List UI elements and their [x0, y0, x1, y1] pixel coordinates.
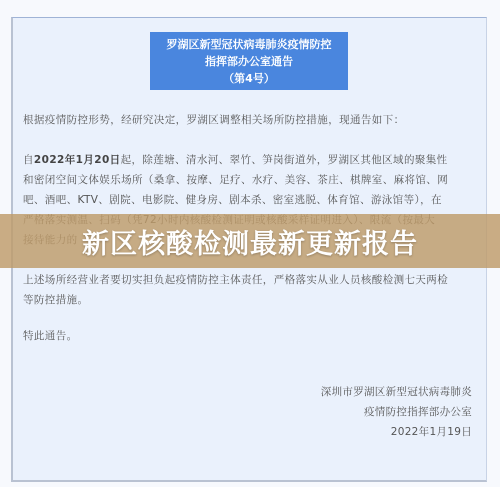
para1-line-2: 和密闭空间文体娱乐场所（桑拿、按摩、足疗、水疗、美容、茶庄、棋牌室、麻将馆、网 [23, 170, 463, 190]
signature-date: 2022年1月19日 [321, 422, 472, 442]
para2-line-1: 上述场所经营业者要切实担负起疫情防控主体责任，严格落实从业人员核酸检测七天两检 [23, 270, 463, 290]
notice-closing: 特此通告。 [23, 326, 463, 346]
notice-title-line-1: 罗湖区新型冠状病毒肺炎疫情防控 [150, 36, 348, 53]
notice-title-number: （第4号） [150, 70, 348, 87]
para1-line-1: 自2022年1月20日起，除莲塘、清水河、翠竹、笋岗街道外，罗湖区其他区域的聚集… [23, 150, 463, 170]
notice-signature: 深圳市罗湖区新型冠状病毒肺炎 疫情防控指挥部办公室 2022年1月19日 [321, 382, 472, 442]
para2-line-2: 等防控措施。 [23, 290, 463, 310]
signature-org-line-1: 深圳市罗湖区新型冠状病毒肺炎 [321, 382, 472, 402]
notice-paragraph-2: 上述场所经营业者要切实担负起疫情防控主体责任，严格落实从业人员核酸检测七天两检 … [23, 270, 463, 310]
para1-prefix: 自 [23, 154, 34, 166]
notice-intro: 根据疫情防控形势，经研究决定，罗湖区调整相关场所防控措施，现通告如下： [23, 110, 463, 130]
signature-org-line-2: 疫情防控指挥部办公室 [321, 402, 472, 422]
para1-line-3: 吧、酒吧、KTV、剧院、电影院、健身房、剧本杀、密室逃脱、体育馆、游泳馆等），在 [23, 190, 463, 210]
notice-title-box: 罗湖区新型冠状病毒肺炎疫情防控 指挥部办公室通告 （第4号） [150, 32, 348, 90]
closing-text: 特此通告。 [23, 326, 463, 346]
para1-line-1-rest: 起，除莲塘、清水河、翠竹、笋岗街道外，罗湖区其他区域的聚集性 [121, 154, 448, 166]
effective-date: 2022年1月20日 [34, 154, 121, 166]
notice-title-line-2: 指挥部办公室通告 [150, 53, 348, 70]
banner-headline[interactable]: 新区核酸检测最新更新报告 [0, 214, 500, 268]
intro-text: 根据疫情防控形势，经研究决定，罗湖区调整相关场所防控措施，现通告如下： [23, 110, 463, 130]
